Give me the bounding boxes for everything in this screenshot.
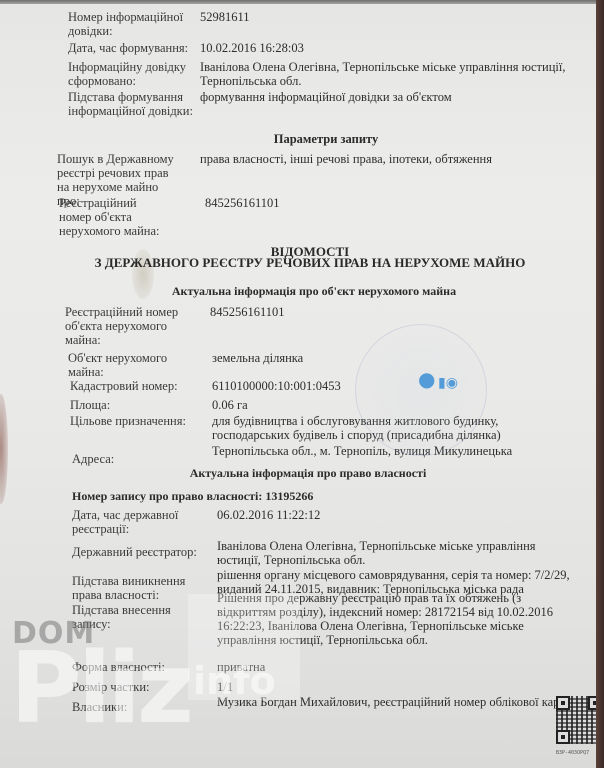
field-label: Адреса:: [72, 452, 212, 466]
field-label: Реєстраційний номер об'єкта нерухомого м…: [65, 305, 180, 347]
qr-finder: [556, 696, 570, 710]
field-label: Цільове призначення:: [70, 414, 210, 428]
stamp-ink-mark: ●: [418, 367, 435, 391]
watermark-info: info: [193, 659, 276, 703]
field-value: формування інформаційної довідки за об'є…: [200, 90, 590, 104]
field-label: Площа:: [70, 398, 210, 412]
qr-caption: ВЗР-403ОРQ7: [556, 750, 589, 756]
field-value: 06.02.2016 11:22:12: [217, 508, 596, 522]
field-label: Дата, час формування:: [68, 41, 208, 55]
qr-code: [556, 696, 596, 744]
document-page: Номер інформаційної довідки: 52981611 Да…: [0, 4, 596, 768]
property-section-title: Актуальна інформація про об'єкт нерухомо…: [16, 284, 596, 299]
qr-finder: [556, 730, 570, 744]
photo-right-edge: [596, 0, 604, 768]
ownership-section-title: Актуальна інформація про право власності: [10, 466, 596, 481]
field-value: Іванілова Олена Олегівна, Тернопільське …: [217, 539, 577, 567]
watermark-pliz: Pliz: [10, 644, 190, 734]
record-number-label: Номер запису про право власності:: [72, 489, 262, 503]
field-value: 845256161101: [210, 305, 596, 319]
ownership-record-number: Номер запису про право власності: 131952…: [72, 489, 313, 503]
stamp-ink-mark: ▮◉: [438, 375, 458, 391]
field-label: Об'єкт нерухомого майна:: [68, 351, 178, 379]
finger-shadow: [0, 394, 8, 504]
official-stamp: ● ▮◉: [355, 324, 487, 456]
field-label: Реєстраційний номер об'єкта нерухомого м…: [59, 196, 169, 238]
field-value: 845256161101: [205, 196, 595, 210]
record-number-value: 13195266: [265, 489, 313, 503]
field-value: права власності, інші речові права, іпот…: [200, 152, 590, 166]
field-value: Іванілова Олена Олегівна, Тернопільське …: [200, 60, 570, 88]
field-label: Підстава формування інформаційної довідк…: [68, 90, 198, 118]
document-title-line2: З ДЕРЖАВНОГО РЕЄСТРУ РЕЧОВИХ ПРАВ НА НЕР…: [12, 255, 596, 271]
field-label: Інформаційну довідку сформовано:: [68, 60, 188, 88]
field-value: 10.02.2016 16:28:03: [200, 41, 590, 55]
field-label: Підстава виникнення права власності:: [72, 574, 192, 602]
qr-finder: [588, 696, 596, 710]
field-label: Державний реєстратор:: [72, 545, 212, 559]
field-value: 52981611: [200, 10, 590, 24]
field-label: Номер інформаційної довідки:: [68, 10, 188, 38]
field-label: Кадастровий номер:: [70, 379, 210, 393]
field-label: Дата, час державної реєстрації:: [72, 508, 192, 536]
query-section-title: Параметри запиту: [28, 132, 596, 147]
